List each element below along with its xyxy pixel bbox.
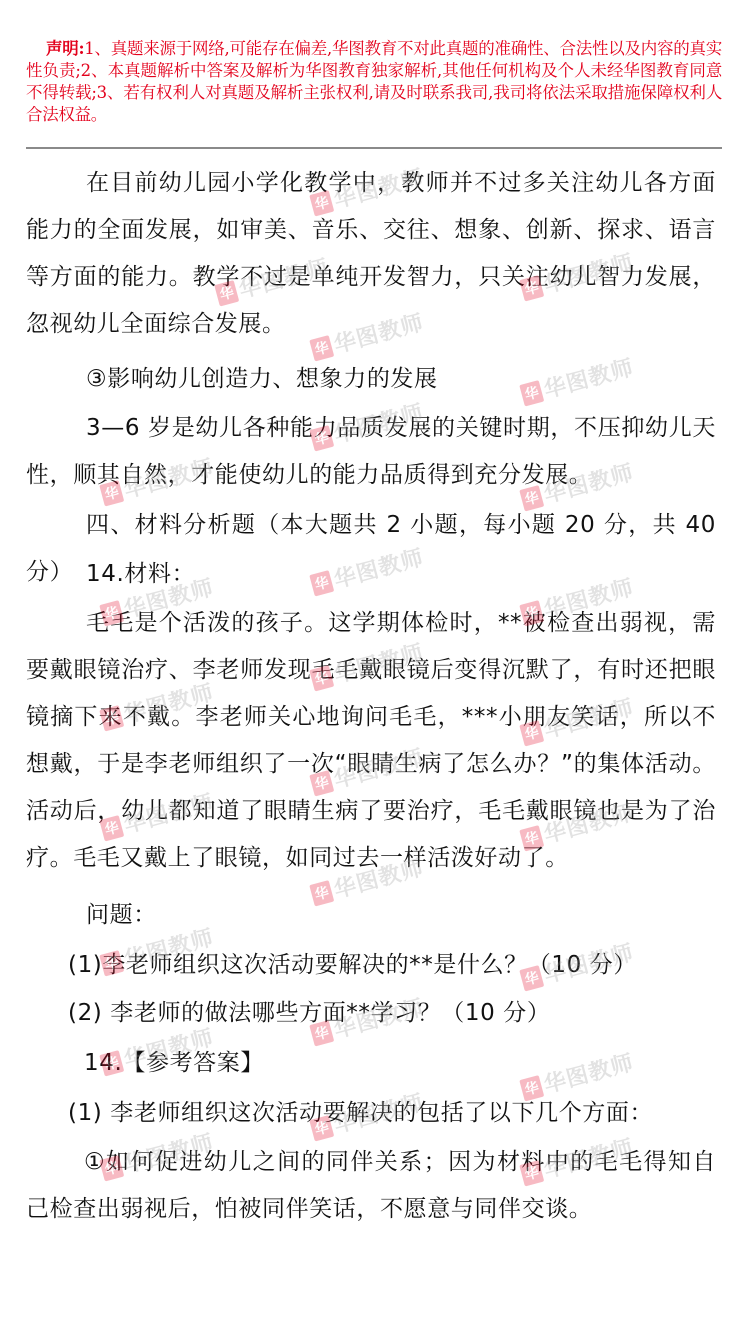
disclaimer-label: 声明:: [46, 39, 84, 58]
questions-label: 问题：: [26, 892, 716, 939]
question-2: (2) 李老师的做法哪些方面**学习？（10 分）: [68, 990, 718, 1037]
answer-part-1-intro: (1) 李老师组织这次活动要解决的包括了以下几个方面：: [68, 1090, 718, 1137]
question-14-material-label: 14.材料：: [26, 551, 716, 598]
material-story-paragraph: 毛毛是个活泼的孩子。这学期体检时，**被检查出弱视，需要戴眼镜治疗、李老师发现毛…: [26, 600, 716, 882]
answer-heading: 14.【参考答案】: [84, 1040, 724, 1087]
answer-point-1: ①如何促进幼儿之间的同伴关系；因为材料中的毛毛得知自己检查出弱视后，怕被同伴笑话…: [26, 1139, 716, 1233]
disclaimer-notice: 声明:1、真题来源于网络,可能存在偏差,华图教育不对此真题的准确性、合法性以及内…: [26, 38, 722, 126]
disclaimer-text: 1、真题来源于网络,可能存在偏差,华图教育不对此真题的准确性、合法性以及内容的真…: [26, 39, 722, 124]
paragraph-point-3: ③影响幼儿创造力、想象力的发展: [26, 356, 716, 403]
question-1: (1)李老师组织这次活动要解决的**是什么？（10 分）: [68, 942, 718, 989]
paragraph-age-development: 3—6 岁是幼儿各种能力品质发展的关键时期，不压抑幼儿天性，顺其自然，才能使幼儿…: [26, 405, 716, 499]
paragraph-preschool-teaching: 在目前幼儿园小学化教学中，教师并不过多关注幼儿各方面能力的全面发展，如审美、音乐…: [26, 160, 716, 348]
header-divider: [26, 147, 722, 149]
